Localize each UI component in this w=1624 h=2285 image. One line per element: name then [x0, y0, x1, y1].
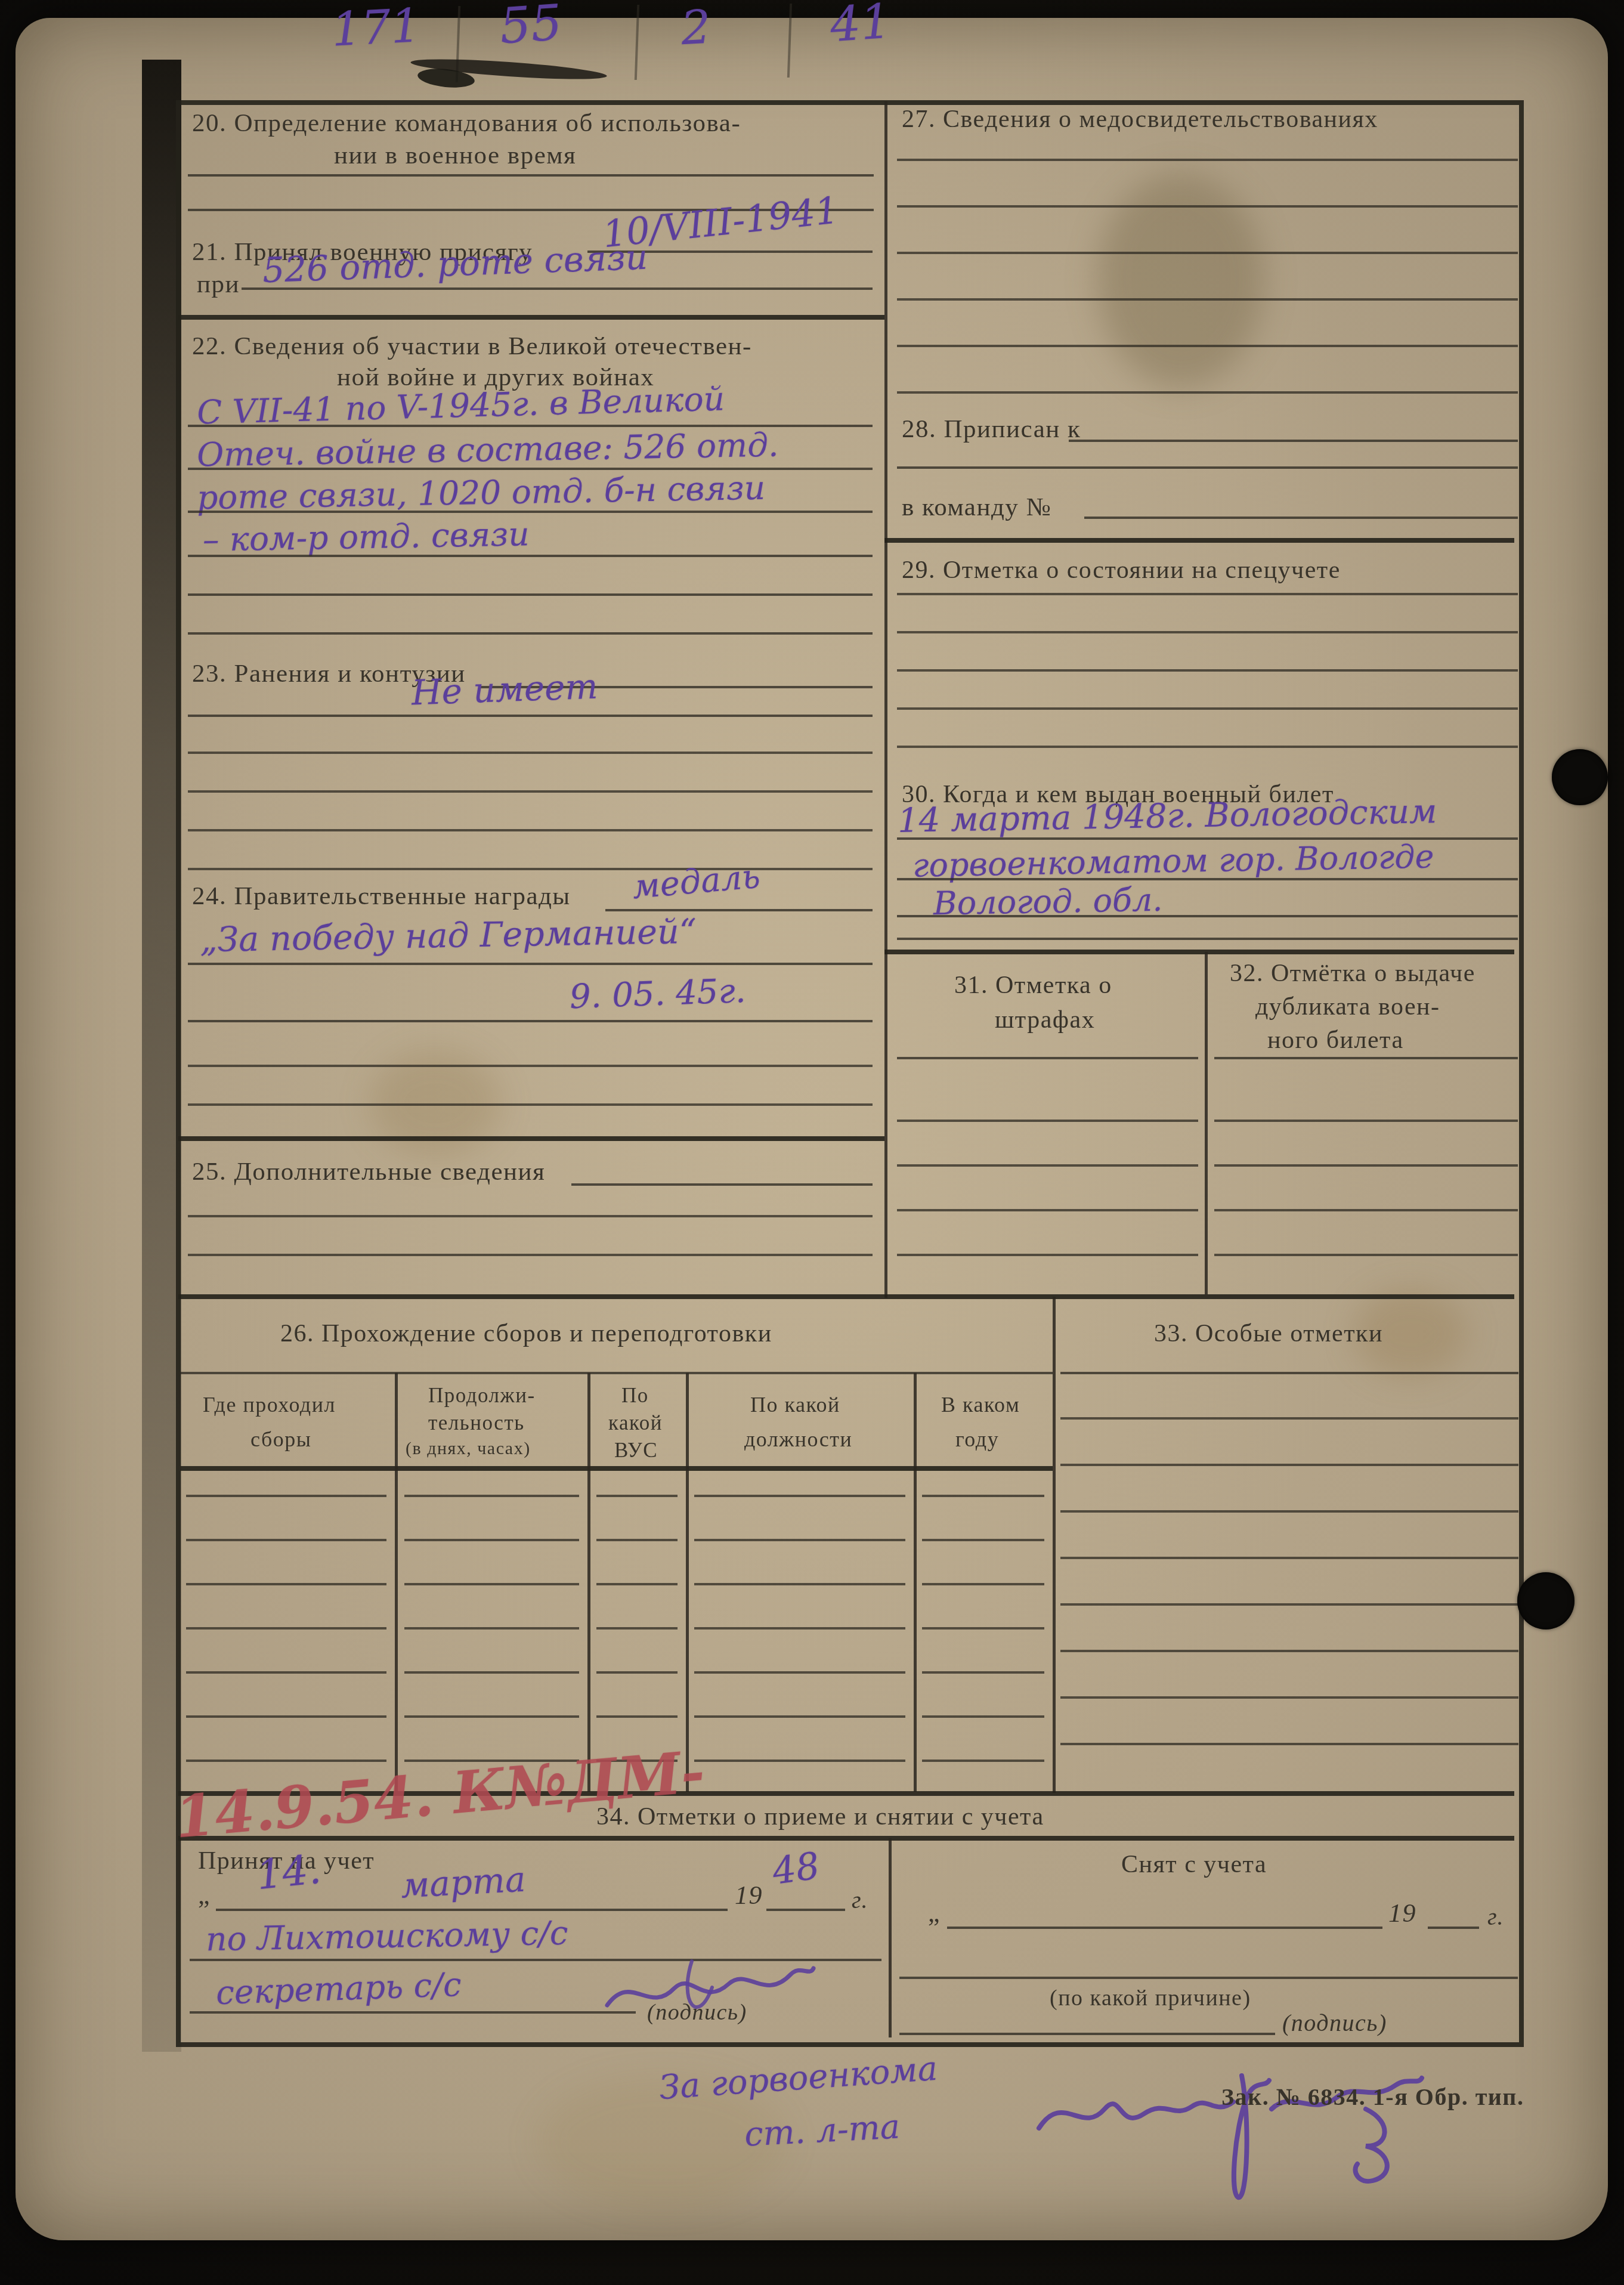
section34-year-handwriting: 48	[769, 1844, 822, 1893]
section26-col5-header: В каком	[941, 1392, 1020, 1417]
ruled-line	[897, 938, 1518, 940]
blank-ruled-lines	[188, 715, 873, 870]
section34-left-sign-label: (подпись)	[647, 1999, 747, 2026]
ruled-line	[188, 468, 873, 470]
blank-ruled-lines	[188, 1028, 873, 1106]
section20-title-line1: 20. Определение командования об использо…	[192, 109, 741, 138]
ruled-line	[188, 555, 873, 557]
band-separator	[178, 1294, 1514, 1299]
section26-title: 26. Прохождение сборов и переподготовки	[280, 1319, 772, 1348]
blank-ruled-lines	[188, 1179, 873, 1256]
ruled-line	[242, 287, 873, 290]
ruled-line	[897, 466, 1518, 469]
section-separator	[884, 950, 1514, 954]
ruled-line	[899, 2033, 1275, 2035]
signature-flourish	[1032, 2052, 1425, 2219]
section32-title-line1: 32. Отмётка о выдаче	[1230, 959, 1475, 988]
ruled-line	[188, 511, 873, 513]
section34-right-sign-label: (подпись)	[1282, 2009, 1387, 2037]
punch-hole	[1517, 1572, 1574, 1630]
section21-label2: при	[197, 270, 240, 299]
ruled-line	[899, 1977, 1518, 1979]
year-suffix: г.	[1487, 1903, 1504, 1931]
section-separator	[178, 315, 884, 320]
ruled-line	[1069, 440, 1518, 442]
section28-label2: в команду №	[902, 493, 1051, 522]
section34-day-handwriting: 14.	[254, 1846, 323, 1900]
section20-title-line2: нии в военное время	[334, 141, 576, 170]
table-column-divider	[686, 1373, 689, 1792]
section26-col4-header: По какой	[750, 1392, 840, 1417]
ruled-line	[188, 174, 874, 177]
band-separator	[178, 1836, 1514, 1841]
section34-reason-label: (по какой причине)	[1050, 1985, 1251, 2011]
blank-ruled-lines	[897, 115, 1518, 395]
ruled-line	[190, 2011, 636, 2014]
section26-col3-header: По	[621, 1384, 649, 1408]
ruled-line	[216, 1909, 728, 1911]
ruled-line	[766, 1909, 845, 1911]
table-column-divider	[395, 1373, 398, 1792]
section24-award-date-handwriting: 9. 05. 45г.	[569, 972, 747, 1016]
section23-handwriting: Не имеет	[411, 666, 599, 713]
footer-handwriting-2: ст. л-та	[743, 2107, 901, 2154]
section34-place-handwriting: по Лихтошскому с/с	[205, 1914, 568, 1959]
punch-hole	[1552, 749, 1608, 805]
ruled-line	[188, 1020, 873, 1022]
ruled-line	[897, 1057, 1198, 1059]
section-separator	[178, 1136, 884, 1141]
scanned-document-photo: 171 55 2 41 20. Определение командования…	[0, 0, 1624, 2285]
section33-label: 33. Особые отметки	[1154, 1319, 1383, 1348]
table-rows	[922, 1453, 1044, 1763]
table-column-divider	[914, 1373, 917, 1792]
ruled-line	[1214, 1057, 1518, 1059]
ruled-line	[947, 1927, 1382, 1929]
year-prefix: 19	[1388, 1898, 1416, 1928]
open-quote: „	[198, 1880, 211, 1910]
section26-col5-header2: году	[955, 1427, 999, 1452]
printer-imprint: Зак. № 6834. 1-я Обр. тип.	[1221, 2083, 1524, 2111]
blank-ruled-lines	[897, 557, 1518, 749]
ruled-line	[1428, 1927, 1479, 1929]
ruled-line	[897, 878, 1518, 880]
ruled-line	[897, 915, 1518, 917]
top-code-4: 41	[828, 0, 893, 52]
section28-label: 28. Приписан к	[902, 415, 1081, 444]
blank-ruled-lines	[1060, 1373, 1518, 1749]
section24-label: 24. Правительственные награды	[192, 882, 571, 911]
top-code-2: 55	[498, 0, 564, 55]
table-rows	[186, 1453, 386, 1763]
ruled-line	[188, 593, 873, 596]
ruled-line	[1084, 517, 1518, 519]
ruled-line	[188, 632, 873, 635]
column-divider	[1053, 1297, 1056, 1793]
blank-ruled-lines	[897, 1077, 1198, 1257]
section-separator	[884, 538, 1514, 543]
section34-month-handwriting: марта	[400, 1859, 527, 1906]
top-code-3: 2	[680, 1, 712, 55]
year-suffix: г.	[852, 1886, 868, 1914]
column-divider	[1205, 952, 1208, 1294]
section32-title-line3: ного билета	[1267, 1026, 1404, 1055]
ruled-line	[188, 963, 873, 965]
table-rows	[694, 1453, 905, 1763]
ruled-line	[605, 909, 873, 911]
section26-col2-header: Продолжи-	[428, 1384, 536, 1408]
column-divider	[889, 1838, 892, 2037]
header-row-top-border	[181, 1372, 1053, 1374]
blank-ruled-lines	[1214, 1077, 1518, 1257]
section26-col4-header2: должности	[744, 1427, 852, 1452]
table-column-divider	[587, 1373, 590, 1792]
section26-col1-header2: сборы	[250, 1427, 311, 1452]
table-rows	[404, 1453, 579, 1763]
section31-title-line1: 31. Отметка о	[954, 971, 1112, 1000]
section26-col1-header: Где проходил	[203, 1392, 336, 1417]
column-divider	[884, 101, 887, 1298]
section31-title-line2: штрафах	[995, 1006, 1095, 1034]
top-code-1: 171	[330, 0, 422, 57]
open-quote: „	[928, 1898, 941, 1928]
table-rows	[596, 1453, 678, 1763]
section26-col3-header2: какой	[608, 1411, 663, 1435]
section32-title-line2: дубликата воен-	[1255, 992, 1440, 1021]
year-prefix: 19	[735, 1880, 763, 1910]
section26-col2-header2: тельность	[428, 1411, 525, 1435]
section22-title-line1: 22. Сведения об участии в Великой отечес…	[192, 332, 752, 361]
section22-war-handwriting-4: – ком-р отд. связи	[202, 515, 530, 559]
section34-right-title: Снят с учета	[1121, 1850, 1267, 1879]
